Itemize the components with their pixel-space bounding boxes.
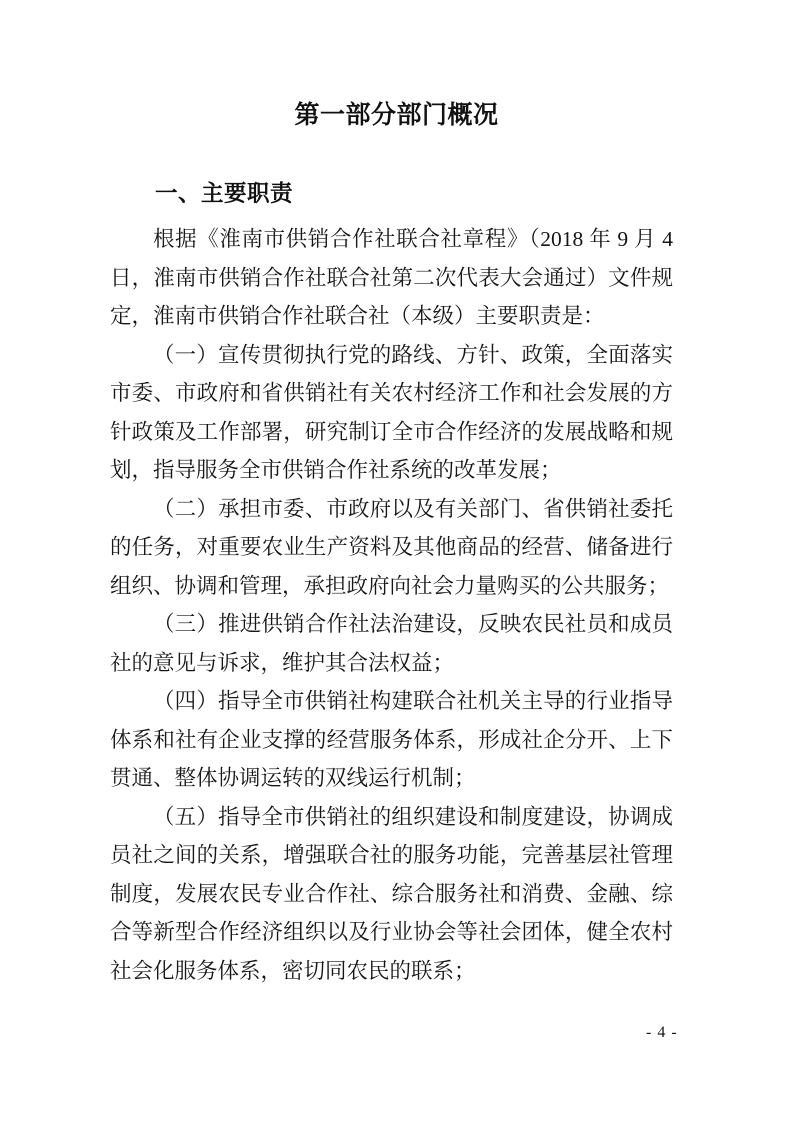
paragraph-duty-5: （五）指导全市供销社的组织建设和制度建设，协调成员社之间的关系，增强联合社的服务… [110, 798, 673, 991]
document-body: 根据《淮南市供销合作社联合社章程》（2018 年 9 月 4 日，淮南市供销合作… [110, 220, 673, 990]
section-heading: 一、主要职责 [110, 179, 293, 209]
paragraph-duty-3: （三）推进供销合作社法治建设，反映农民社员和成员社的意见与诉求，维护其合法权益； [110, 605, 673, 682]
paragraph-duty-4: （四）指导全市供销社构建联合社机关主导的行业指导体系和社有企业支撑的经营服务体系… [110, 682, 673, 798]
document-page: 第一部分部门概况 一、主要职责 根据《淮南市供销合作社联合社章程》（2018 年… [0, 0, 793, 1122]
page-title: 第一部分部门概况 [0, 97, 793, 133]
paragraph-duty-1: （一）宣传贯彻执行党的路线、方针、政策，全面落实市委、市政府和省供销社有关农村经… [110, 336, 673, 490]
paragraph-duty-2: （二）承担市委、市政府以及有关部门、省供销社委托的任务，对重要农业生产资料及其他… [110, 490, 673, 606]
paragraph-intro: 根据《淮南市供销合作社联合社章程》（2018 年 9 月 4 日，淮南市供销合作… [110, 220, 673, 336]
page-number: - 4 - [646, 1023, 678, 1043]
